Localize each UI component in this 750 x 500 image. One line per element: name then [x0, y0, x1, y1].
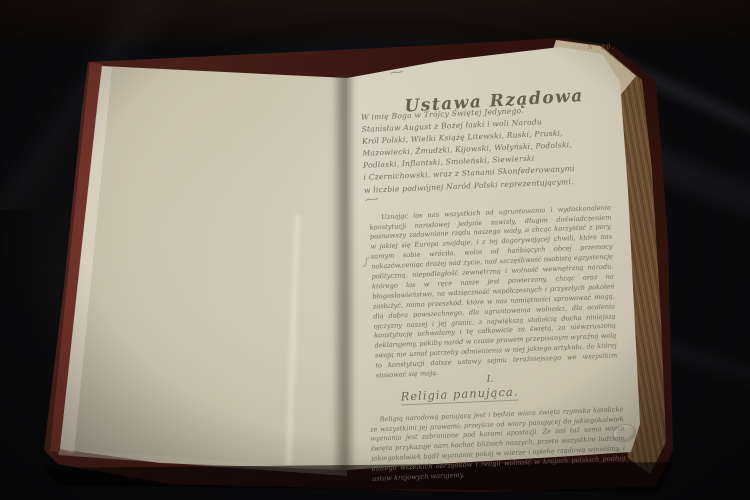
manuscript-text-block: N° 20. ~ Ustawa Rządowa W imię Boga w Tr…	[351, 54, 648, 469]
section-paragraph: Religią narodową panującą jest i będzie …	[369, 405, 626, 485]
book-gutter-shadow	[332, 74, 356, 472]
ink-flourish-icon: ~	[387, 64, 406, 81]
ink-flourish-icon: ~	[362, 192, 381, 209]
preamble-paragraph: Uznając los nas wszystkich od ugruntowan…	[369, 203, 618, 381]
display-case-scene: N° 20. ~ Ustawa Rządowa W imię Boga w Tr…	[0, 0, 750, 500]
archival-page-note: N° 20.	[587, 43, 614, 51]
ink-tick-mark-icon: ʃ	[365, 257, 369, 268]
royal-intitulation: W imię Boga w Trójcy Świętej Jedynego. S…	[361, 102, 608, 197]
